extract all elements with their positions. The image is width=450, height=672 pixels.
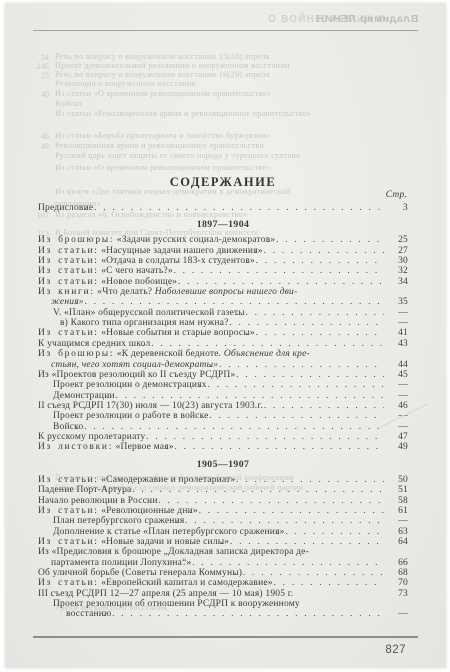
toc-entry-page: 70 (386, 578, 408, 588)
toc-entry-text: Падение Порт-Артура . . . . . . . . . . … (38, 485, 384, 495)
toc-entry-text: Об уличной борьбе (Советы генерала Комму… (38, 568, 384, 578)
bleed-author-mirrored: Владимир ЛЕНИН (316, 13, 418, 25)
ghost-bleed-number: 40 (31, 90, 49, 99)
ghost-bleed-number: 25 (31, 71, 49, 80)
toc-entry: Проект резолюции об отношении РСДРП к во… (38, 599, 408, 620)
toc-entry-page: 44 (386, 360, 408, 370)
toc-entry-text: Из брошюры: «К деревенской бедноте. Объя… (38, 349, 384, 370)
toc-entry: Из статьи: «Европейский капитал и самоде… (38, 578, 408, 588)
ghost-bleed-text: Речь по вопросу о вооруженном восстании … (55, 70, 412, 79)
ghost-bleed-text: Резолюция о вооруженном восстании (55, 79, 412, 88)
ghost-bleed-number: 24 (31, 53, 49, 62)
toc-entry-page: — (386, 609, 408, 619)
toc-entry-page: 43 (386, 339, 408, 349)
toc-entry-page: 32 (386, 266, 408, 276)
ghost-bleed-text: Проект дополнительной резолюции о вооруж… (55, 61, 412, 70)
toc-entry-text: Из статьи: «Насущные задачи нашего движе… (38, 246, 384, 256)
scanned-page: Речь по вопросу о вооруженном восстании … (5, 3, 446, 668)
toc-entry-page: 35 (386, 297, 408, 307)
toc-entry-text: Из статьи: «Новые задачи и новые силы» .… (38, 537, 384, 547)
toc-entry: III съезд РСДРП 12—27 апреля (25 апреля … (38, 589, 408, 599)
toc-entry-text: Из «Предисловия к брошюре „Докладная зап… (38, 547, 384, 568)
toc-entry-text: Из статьи: «Революционные дни» . . . . .… (38, 506, 384, 516)
toc-entry: Из «Проектов резолюций ко II съезду РСДР… (38, 370, 408, 380)
toc-entry: II съезд РСДРП 17(30) июля — 10(23) авгу… (38, 401, 408, 411)
toc-entry-page: 30 (386, 256, 408, 266)
ghost-bleed-number: 46 (31, 132, 49, 141)
toc-entry-page: 58 (386, 496, 408, 506)
bleed-through-header: О ВОЙНЕ, АРМИИ И Владимир ЛЕНИН (268, 9, 418, 23)
toc-entry-text: Из статьи: «Отдача в солдаты 183-х студе… (38, 256, 384, 266)
toc-entry: Из листовки: «Первое мая» . . . . . . . … (38, 442, 408, 452)
toc-entry: в) Какого типа организация нам нужна? . … (38, 318, 408, 328)
toc-entry-text: Из статьи: «Самодержавие и пролетариат» … (38, 475, 384, 485)
toc-entry: Из статьи: «Новые задачи и новые силы» .… (38, 537, 408, 547)
toc-entry: Из статьи: «Отдача в солдаты 183-х студе… (38, 256, 408, 266)
toc-entry-text: Войско . . . . . . . . . . . . . . . . .… (53, 422, 384, 432)
toc-entry-text: К русскому пролетариату . . . . . . . . … (38, 432, 384, 442)
toc-entry-page: 73 (386, 589, 408, 599)
ghost-bleed-text: Из статьи «Революционная армия и революц… (55, 109, 412, 118)
toc-entry-page: 46 (386, 401, 408, 411)
toc-entry: Из книги: «Что делать? Наболевшие вопрос… (38, 287, 408, 308)
toc-entry: Из статьи: «Самодержавие и пролетариат» … (38, 475, 408, 485)
toc-entry: V. «План» общерусской политической газет… (38, 308, 408, 318)
toc-entry-page: 27 (386, 246, 408, 256)
toc-entry-text: Из брошюры: «Задачи русских социал-демок… (38, 235, 384, 245)
toc-entry-text: Проект резолюции об отношении РСДРП к во… (53, 599, 384, 620)
toc-entry: Из статьи: «Насущные задачи нашего движе… (38, 246, 408, 256)
toc-entry-page: 63 (386, 527, 408, 537)
ghost-bleed-text: Из статьи «О временном революционном пра… (55, 89, 412, 98)
toc-entry-page: — (386, 308, 408, 318)
toc-entry: К учащимся средних школ . . . . . . . . … (38, 339, 408, 349)
toc-entry-text: Из статьи: «Европейский капитал и самоде… (38, 578, 384, 588)
toc-entry-page: 34 (386, 277, 408, 287)
toc-entry-text: Проект резолюции о работе в войске . . .… (53, 411, 384, 421)
ghost-bleed-number: 48 (31, 142, 49, 151)
toc-entry-page: — (386, 411, 408, 421)
ghost-bleed-text: Из статьи «Борьба пролетариата и лакейст… (55, 131, 412, 140)
toc-entry-text: в) Какого типа организация нам нужна? . … (60, 318, 384, 328)
toc-entry-text: Дополнение к статье «План петербургского… (53, 527, 384, 537)
toc-entry: Из статьи: «Новые события и старые вопро… (38, 328, 408, 338)
toc-entry-text: Из статьи: «С чего начать?» . . . . . . … (38, 266, 384, 276)
toc-entry: Предисловие . . . . . . . . . . . . . . … (38, 203, 408, 213)
toc-entry: Демонстрации . . . . . . . . . . . . . .… (38, 391, 408, 401)
toc-entry: Падение Порт-Артура . . . . . . . . . . … (38, 485, 408, 495)
toc-entry-page: 51 (386, 485, 408, 495)
page-number: 827 (385, 644, 406, 656)
toc-entry-page: — (386, 318, 408, 328)
toc-entry-page: 68 (386, 568, 408, 578)
toc-entry: Проект резолюции о работе в войске . . .… (38, 411, 408, 421)
toc-entry: Дополнение к статье «План петербургского… (38, 527, 408, 537)
toc-entry: Проект резолюции о демонстрациях . . . .… (38, 380, 408, 390)
toc-entry-text: Из статьи: «Новые события и старые вопро… (38, 328, 384, 338)
ghost-bleed-text: Речь по вопросу о вооруженном восстании … (55, 52, 412, 61)
toc-entry: План петербургского сражения . . . . . .… (38, 516, 408, 526)
toc-entry: Войско . . . . . . . . . . . . . . . . .… (38, 422, 408, 432)
toc-entry-page: 3 (386, 203, 408, 213)
toc-entry-page: 49 (386, 442, 408, 452)
toc-entry-page: 41 (386, 328, 408, 338)
toc-entry: К русскому пролетариату . . . . . . . . … (38, 432, 408, 442)
ghost-bleed-text: Революционная армия и революционное прав… (55, 141, 412, 150)
toc-entry-page: 61 (386, 506, 408, 516)
page-column-label: Стр. (38, 190, 408, 200)
toc-entry-text: План петербургского сражения . . . . . .… (53, 516, 384, 526)
toc-entry-text: К учащимся средних школ . . . . . . . . … (38, 339, 384, 349)
toc-entry-text: Проект резолюции о демонстрациях . . . .… (53, 380, 384, 390)
toc-entry-text: Из книги: «Что делать? Наболевшие вопрос… (38, 287, 384, 308)
toc-title: СОДЕРЖАНИЕ (38, 177, 408, 187)
ghost-bleed-text: Из статьи «О временном революционном пра… (55, 163, 412, 172)
toc-entries: Предисловие . . . . . . . . . . . . . . … (38, 203, 408, 620)
toc-entry-text: Из листовки: «Первое мая» . . . . . . . … (38, 442, 384, 452)
toc-entry: Из статьи: «С чего начать?» . . . . . . … (38, 266, 408, 276)
toc-entry-page: 50 (386, 475, 408, 485)
table-of-contents: СОДЕРЖАНИЕ Стр. Предисловие . . . . . . … (38, 177, 408, 620)
toc-entry-text: Предисловие . . . . . . . . . . . . . . … (38, 203, 384, 213)
toc-entry-text: II съезд РСДРП 17(30) июля — 10(23) авгу… (38, 401, 384, 411)
toc-entry-page: — (386, 380, 408, 390)
toc-entry-page: 45 (386, 370, 408, 380)
toc-entry-text: Начало революции в России . . . . . . . … (38, 496, 384, 506)
toc-entry: Начало революции в России . . . . . . . … (38, 496, 408, 506)
toc-entry-text: V. «План» общерусской политической газет… (53, 308, 384, 318)
toc-entry-page: 47 (386, 432, 408, 442)
toc-entry-page: — (386, 391, 408, 401)
top-rule (33, 30, 418, 31)
toc-entry: Об уличной борьбе (Советы генерала Комму… (38, 568, 408, 578)
toc-entry-page: — (386, 516, 408, 526)
toc-entry: Из статьи: «Революционные дни» . . . . .… (38, 506, 408, 516)
toc-entry: Из «Предисловия к брошюре „Докладная зап… (38, 547, 408, 568)
toc-entry-text: III съезд РСДРП 12—27 апреля (25 апреля … (38, 589, 384, 599)
toc-entry-page: 66 (386, 558, 408, 568)
ghost-bleed-text: Войско (55, 99, 412, 108)
toc-entry-text: Из «Проектов резолюций ко II съезду РСДР… (38, 370, 384, 380)
ghost-bleed-text: Русский царь ищет защиты от своего народ… (55, 151, 412, 160)
bottom-rule (33, 636, 418, 638)
toc-entry: Из статьи: «Новое побоище» . . . . . . .… (38, 277, 408, 287)
toc-entry: Из брошюры: «К деревенской бедноте. Объя… (38, 349, 408, 370)
toc-entry-text: Из статьи: «Новое побоище» . . . . . . .… (38, 277, 384, 287)
toc-section-heading: 1905—1907 (38, 460, 408, 470)
toc-section-heading: 1897—1904 (38, 220, 408, 230)
toc-entry: Из брошюры: «Задачи русских социал-демок… (38, 235, 408, 245)
ghost-bleed-number: 246 (31, 62, 49, 71)
toc-entry-page: 64 (386, 537, 408, 547)
toc-entry-text: Демонстрации . . . . . . . . . . . . . .… (53, 391, 384, 401)
toc-entry-page: 25 (386, 235, 408, 245)
